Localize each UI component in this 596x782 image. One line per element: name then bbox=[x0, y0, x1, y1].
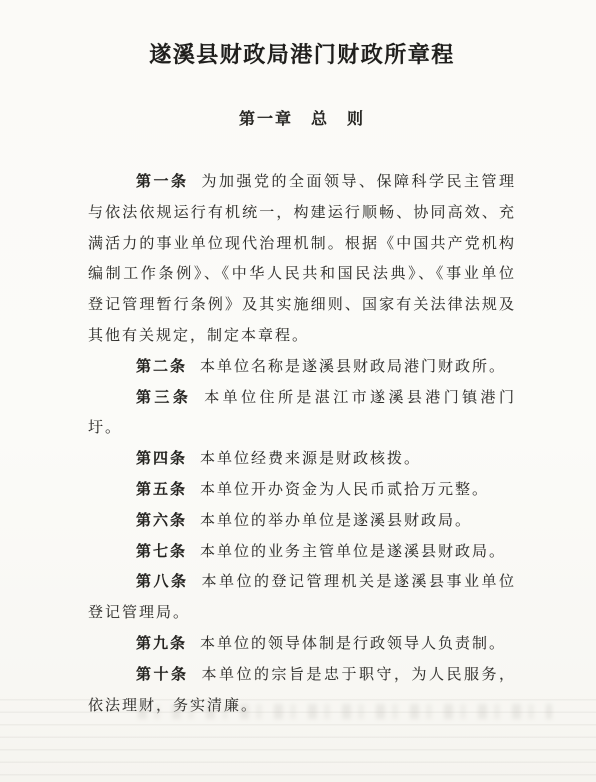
article-label: 第二条 bbox=[136, 358, 187, 375]
document-page: 遂溪县财政局港门财政所章程 第一章 总 则 第一条为加强党的全面领导、保障科学民… bbox=[0, 0, 596, 782]
article-paragraph-2: 第二条本单位名称是遂溪县财政局港门财政所。 bbox=[88, 352, 516, 383]
chapter-heading: 第一章 总 则 bbox=[88, 109, 516, 130]
article-paragraph-3: 第三条本单位住所是湛江市遂溪县港门镇港门圩。 bbox=[88, 383, 516, 445]
article-label: 第三条 bbox=[136, 389, 191, 406]
article-label: 第四条 bbox=[136, 450, 187, 467]
article-paragraph-7: 第七条本单位的业务主管单位是遂溪县财政局。 bbox=[88, 537, 516, 568]
article-paragraph-10: 第十条本单位的宗旨是忠于职守，为人民服务，依法理财，务实清廉。 bbox=[88, 660, 516, 722]
article-label: 第五条 bbox=[136, 481, 187, 498]
article-text: 本单位经费来源是财政核拨。 bbox=[200, 451, 421, 467]
article-text: 本单位的领导体制是行政领导人负责制。 bbox=[200, 636, 506, 652]
article-paragraph-4: 第四条本单位经费来源是财政核拨。 bbox=[88, 444, 516, 475]
article-paragraph-9: 第九条本单位的领导体制是行政领导人负责制。 bbox=[88, 629, 516, 660]
article-label: 第六条 bbox=[136, 512, 187, 529]
document-title: 遂溪县财政局港门财政所章程 bbox=[88, 40, 516, 69]
article-label: 第九条 bbox=[136, 635, 187, 652]
article-paragraph-6: 第六条本单位的举办单位是遂溪县财政局。 bbox=[88, 506, 516, 537]
article-label: 第八条 bbox=[136, 573, 189, 590]
document-content: 遂溪县财政局港门财政所章程 第一章 总 则 第一条为加强党的全面领导、保障科学民… bbox=[88, 0, 516, 721]
article-text: 本单位的业务主管单位是遂溪县财政局。 bbox=[200, 544, 506, 560]
article-text: 为加强党的全面领导、保障科学民主管理与依法依规运行有机统一，构建运行顺畅、协同高… bbox=[88, 174, 516, 344]
article-text: 本单位开办资金为人民币贰拾万元整。 bbox=[200, 482, 489, 498]
article-label: 第一条 bbox=[136, 173, 189, 190]
article-text: 本单位名称是遂溪县财政局港门财政所。 bbox=[200, 359, 506, 375]
article-paragraph-5: 第五条本单位开办资金为人民币贰拾万元整。 bbox=[88, 475, 516, 506]
article-text: 本单位的举办单位是遂溪县财政局。 bbox=[200, 513, 472, 529]
article-label: 第七条 bbox=[136, 543, 187, 560]
article-label: 第十条 bbox=[136, 666, 189, 683]
article-paragraph-8: 第八条本单位的登记管理机关是遂溪县事业单位登记管理局。 bbox=[88, 567, 516, 629]
article-paragraph-1: 第一条为加强党的全面领导、保障科学民主管理与依法依规运行有机统一，构建运行顺畅、… bbox=[88, 167, 516, 352]
document-body: 第一条为加强党的全面领导、保障科学民主管理与依法依规运行有机统一，构建运行顺畅、… bbox=[88, 167, 516, 721]
